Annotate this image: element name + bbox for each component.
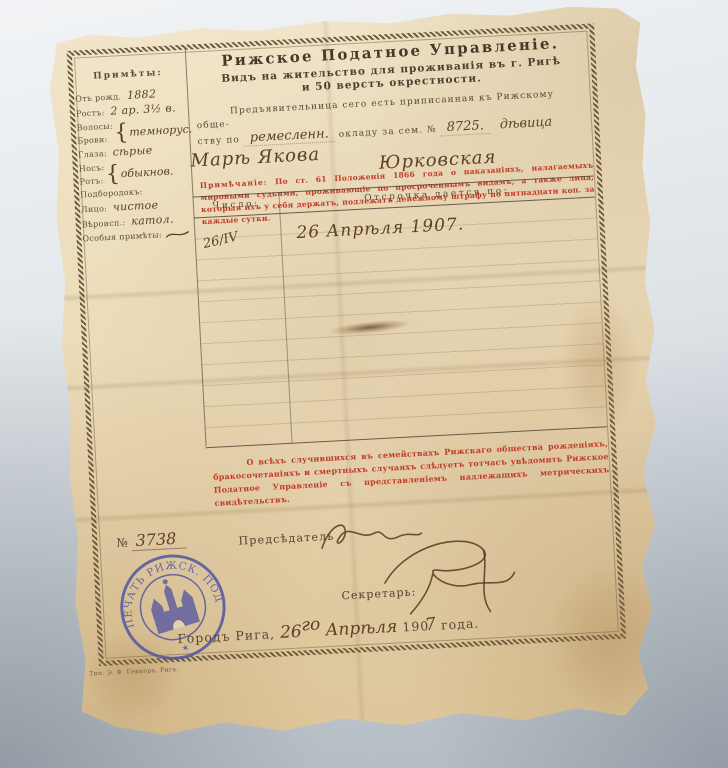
feature-hair-brows-value: темнорус. [129, 122, 193, 138]
extension-table: Число: Отсрочка дается по: 26/IV 26 Апрѣ… [192, 176, 607, 449]
brace-glyph: { [105, 161, 120, 187]
table-entry-extension: 26 Апрѣля 1907. [296, 214, 465, 243]
feature-nose-mouth-value: обыкнов. [120, 164, 173, 180]
feature-height-value: 2 ар. 3½ в. [110, 101, 176, 117]
feature-face-value: чистое [113, 198, 159, 213]
feature-eyes-value: сѣрые [112, 144, 153, 159]
handwriting-flourish [164, 228, 191, 241]
hand-maiden-word: дѣвица [493, 114, 558, 132]
table-body: 26/IV 26 Апрѣля 1907. [194, 198, 607, 448]
hand-day-suffix: го [301, 614, 321, 635]
year-suffix: года. [441, 615, 480, 632]
table-header-date: Число: [193, 198, 279, 212]
hand-register-number: 8725. [440, 118, 490, 137]
city-printed: Городъ Рига, [177, 626, 275, 646]
feature-birth-value: 1882 [127, 87, 157, 102]
hand-month: Апрѣля [325, 617, 398, 641]
feature-religion-value: катол. [131, 213, 174, 228]
document-paper: Примѣты: Отъ рожд. 1882 Ростъ: 2 ар. 3½ … [44, 1, 679, 747]
features-column: Примѣты: Отъ рожд. 1882 Ростъ: 2 ар. 3½ … [74, 67, 191, 246]
hand-year-digit: 7 [424, 614, 438, 635]
table-entry-date: 26/IV [202, 229, 240, 252]
hand-day: 26 [280, 622, 303, 643]
brace-glyph: { [114, 119, 129, 145]
